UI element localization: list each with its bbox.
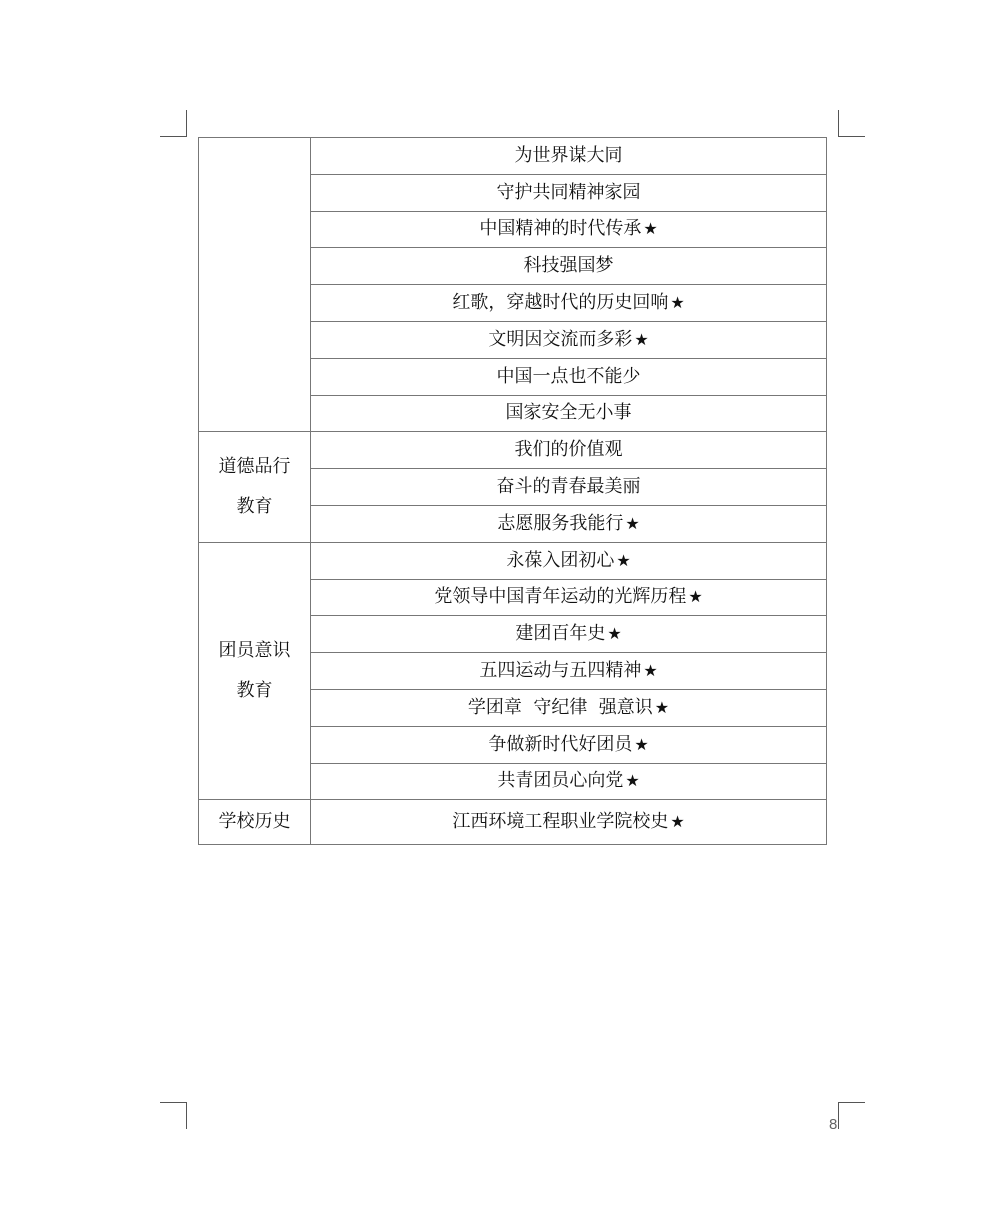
category-cell-moral-education: 道德品行 教育 <box>199 432 311 542</box>
table-row: 团员意识 教育 永葆入团初心★ <box>199 542 827 579</box>
star-icon: ★ <box>670 812 684 831</box>
topic-cell: 红歌，穿越时代的历史回响★ <box>311 285 827 322</box>
topic-cell: 我们的价值观 <box>311 432 827 469</box>
star-icon: ★ <box>670 293 684 312</box>
topic-cell: 争做新时代好团员★ <box>311 726 827 763</box>
star-icon: ★ <box>607 624 621 643</box>
topic-cell: 党领导中国青年运动的光辉历程★ <box>311 579 827 616</box>
star-icon: ★ <box>688 587 702 606</box>
category-cell-league-awareness: 团员意识 教育 <box>199 542 311 800</box>
topic-cell: 中国一点也不能少 <box>311 358 827 395</box>
crop-mark-bottom-left <box>160 1102 187 1129</box>
star-icon: ★ <box>634 735 648 754</box>
table-row: 学校历史 江西环境工程职业学院校史★ <box>199 800 827 845</box>
star-icon: ★ <box>643 219 657 238</box>
topic-cell: 为世界谋大同 <box>311 138 827 175</box>
star-icon: ★ <box>625 771 639 790</box>
table-row: 为世界谋大同 <box>199 138 827 175</box>
category-cell-school-history: 学校历史 <box>199 800 311 845</box>
star-icon: ★ <box>616 551 630 570</box>
star-icon: ★ <box>655 698 669 717</box>
crop-mark-top-left <box>160 110 187 137</box>
topic-cell: 共青团员心向党★ <box>311 763 827 800</box>
page-number: 8 <box>829 1116 837 1133</box>
table-row: 道德品行 教育 我们的价值观 <box>199 432 827 469</box>
topic-cell: 守护共同精神家园 <box>311 174 827 211</box>
topic-cell: 科技强国梦 <box>311 248 827 285</box>
crop-mark-bottom-right <box>838 1102 865 1129</box>
crop-mark-top-right <box>838 110 865 137</box>
topic-cell: 建团百年史★ <box>311 616 827 653</box>
topic-cell: 国家安全无小事 <box>311 395 827 432</box>
star-icon: ★ <box>625 514 639 533</box>
topic-cell: 学团章 守纪律 强意识★ <box>311 689 827 726</box>
star-icon: ★ <box>643 661 657 680</box>
topic-cell: 中国精神的时代传承★ <box>311 211 827 248</box>
topic-cell: 五四运动与五四精神★ <box>311 653 827 690</box>
topic-cell: 永葆入团初心★ <box>311 542 827 579</box>
topic-cell: 志愿服务我能行★ <box>311 505 827 542</box>
topic-cell: 奋斗的青春最美丽 <box>311 469 827 506</box>
topic-cell: 文明因交流而多彩★ <box>311 321 827 358</box>
topic-cell: 江西环境工程职业学院校史★ <box>311 800 827 845</box>
star-icon: ★ <box>634 330 648 349</box>
category-cell <box>199 138 311 432</box>
curriculum-table: 为世界谋大同 守护共同精神家园 中国精神的时代传承★ 科技强国梦 红歌，穿越时代… <box>198 137 827 845</box>
